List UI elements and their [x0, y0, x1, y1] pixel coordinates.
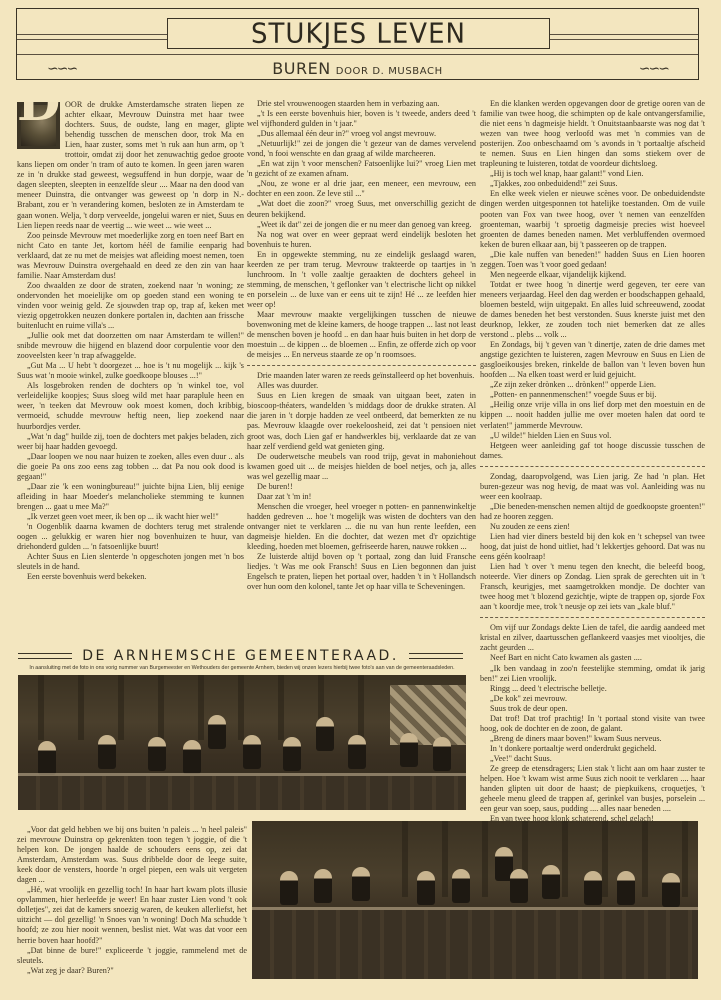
- story-paragraph: Men negeerde elkaar, vijandelijk kijkend…: [480, 270, 705, 280]
- column-2-paragraphs-a: Drie stel vrouwenoogen staarden hem in v…: [247, 99, 476, 360]
- masthead: STUKJES LEVEN ∽∽∽ BUREN DOOR D. MUSBACH …: [16, 8, 699, 80]
- council-photo-2: [252, 821, 698, 979]
- story-paragraph: Lien had 't over 't menu tegen den knech…: [480, 562, 705, 612]
- story-paragraph: Achter Suus en Lien slenterde 'n opgesch…: [17, 552, 244, 572]
- story-paragraph: „De kok" zei mevrouw.: [480, 694, 705, 704]
- story-paragraph: Zoo dwaalden ze door de straten, zoekend…: [17, 281, 244, 331]
- story-paragraph: En in opgewekte stemming, nu ze eindelij…: [247, 250, 476, 310]
- heading-rule: [18, 653, 72, 659]
- story-paragraph: „Breng de diners maar boven!" kwam Suus …: [480, 734, 705, 744]
- story-paragraph: Hetgeen weer aanleiding gaf tot hooge di…: [480, 441, 705, 461]
- story-paragraph: Drie maanden later waren ze reeds geïnst…: [247, 371, 476, 381]
- story-column-3: En die klanken werden opgevangen door de…: [480, 99, 705, 824]
- story-paragraph: Totdat er twee hoog 'n dinertje werd geg…: [480, 280, 705, 340]
- story-paragraph: „Hé, wat vroolijk en gezellig toch! In h…: [17, 885, 247, 945]
- story-paragraph: „Wat doet die zoon?" vroeg Suus, met onv…: [247, 199, 476, 219]
- column-4-paragraphs: „Voor dat geld hebben we bij ons buiten …: [17, 825, 247, 976]
- story-paragraph: „Nou, ze wone er al drie jaar, een menee…: [247, 179, 476, 199]
- story-paragraph: Suus trok de deur open.: [480, 704, 705, 714]
- story-paragraph: Na nog wat over en weer gepraat werd ein…: [247, 230, 476, 250]
- column-3-paragraphs-c: Om vijf uur Zondags dekte Lien de tafel,…: [480, 623, 705, 824]
- story-paragraph: „Die beneden-menschen nemen altijd de go…: [480, 502, 705, 522]
- story-paragraph: „Dat binne de bure!" expliceerde 't jogg…: [17, 946, 247, 966]
- story-paragraph: „Wat zeg je daar? Buren?": [17, 966, 247, 976]
- story-paragraph: „Potten- en pannenmenschen!" voegde Suus…: [480, 390, 705, 400]
- story-paragraph: „Daar zie 'k een woningbureau!" juichte …: [17, 482, 244, 512]
- story-paragraph: Zondag, daaropvolgend, was Lien jarig. Z…: [480, 472, 705, 502]
- story-column-4: „Voor dat geld hebben we bij ons buiten …: [17, 825, 247, 976]
- story-paragraph: „Ik verzet geen voet meer, ik ben op ...…: [17, 512, 244, 522]
- photo-section-heading: DE ARNHEMSCHE GEMEENTERAAD.: [18, 648, 463, 664]
- story-heading: BUREN DOOR D. MUSBACH: [17, 59, 698, 78]
- story-column-1: D OOR de drukke Amsterdamsche straten li…: [17, 100, 244, 582]
- story-paragraph: „En wat zijn 't voor menschen? Fatsoenli…: [247, 159, 476, 179]
- story-paragraph: „Dus allemaal één deur in?" vroeg vol an…: [247, 129, 476, 139]
- story-paragraph: Lien had vier diners besteld bij den kok…: [480, 532, 705, 562]
- story-paragraph: Ze luisterde altijd boven op 't portaal,…: [247, 552, 476, 592]
- story-paragraph: 'n Oogenblik daarna kwamen de dochters t…: [17, 522, 244, 552]
- story-paragraph: En elke week vielen er nieuwe scènes voo…: [480, 189, 705, 249]
- decorated-initial-icon: D: [17, 102, 60, 149]
- story-paragraph: Zoo peinsde Mevrouw met moederlijke zorg…: [17, 231, 244, 281]
- story-paragraph: Drie stel vrouwenoogen staarden hem in v…: [247, 99, 476, 109]
- story-paragraph: „Wat 'n dag" huilde zij, toen de dochter…: [17, 432, 244, 452]
- section-break-divider: [480, 466, 705, 467]
- story-paragraph: Om vijf uur Zondags dekte Lien de tafel,…: [480, 623, 705, 653]
- story-byline: DOOR D. MUSBACH: [336, 66, 443, 77]
- column-1-paragraphs: OOR de drukke Amsterdamsche straten liep…: [17, 100, 244, 582]
- photo-section-title: DE ARNHEMSCHE GEMEENTERAAD.: [82, 648, 399, 664]
- story-paragraph: „Daar loopen we nou naar huizen te zoeke…: [17, 452, 244, 482]
- story-paragraph: „Ze zijn zeker drònken ... drònken!" opp…: [480, 380, 705, 390]
- story-paragraph: „Die kale nuffen van beneden!" hadden Su…: [480, 250, 705, 270]
- column-2-paragraphs-b: Drie maanden later waren ze reeds geïnst…: [247, 371, 476, 592]
- story-paragraph: Een eerste bovenhuis werd bekeken.: [17, 572, 244, 582]
- story-paragraph: „U wilde!" hielden Lien en Suus vol.: [480, 431, 705, 441]
- column-3-paragraphs-b: Zondag, daaropvolgend, was Lien jarig. Z…: [480, 472, 705, 613]
- story-paragraph: „Vee!" dacht Suus.: [480, 754, 705, 764]
- story-paragraph: De buren!!: [247, 482, 476, 492]
- story-paragraph: Daar zat 't 'm in!: [247, 492, 476, 502]
- story-paragraph: En Zondags, bij 't geven van 't dinertje…: [480, 340, 705, 380]
- story-column-2: Drie stel vrouwenoogen staarden hem in v…: [247, 99, 476, 592]
- story-paragraph: Ringg ... deed 't electrische belletje.: [480, 684, 705, 694]
- story-paragraph: „'t Is een eerste bovenhuis hier, boven …: [247, 109, 476, 129]
- story-paragraph: Maar mevrouw maakte vergelijkingen tussc…: [247, 310, 476, 360]
- story-paragraph: Ze greep de etensdragers; Lien stak 't l…: [480, 764, 705, 814]
- section-break-divider: [247, 365, 476, 366]
- story-paragraph: En die klanken werden opgevangen door de…: [480, 99, 705, 169]
- story-paragraph: De ouderwetsche meubels van rood trijp, …: [247, 452, 476, 482]
- story-paragraph: „Voor dat geld hebben we bij ons buiten …: [17, 825, 247, 885]
- story-paragraph: Alles was duurder.: [247, 381, 476, 391]
- story-paragraph: Als losgebroken renden de dochters op 'n…: [17, 381, 244, 431]
- series-title-box: STUKJES LEVEN: [167, 18, 550, 49]
- story-paragraph: „Heilig onze vrije villa in ons lief dor…: [480, 400, 705, 430]
- story-paragraph: „Weet ik dat" zei de jongen die er nu me…: [247, 220, 476, 230]
- story-paragraph: „Gut Ma ... U hebt 't doorgezet ... hoe …: [17, 361, 244, 381]
- column-3-paragraphs-a: En die klanken werden opgevangen door de…: [480, 99, 705, 461]
- series-title: STUKJES LEVEN: [251, 18, 466, 50]
- masthead-rule: [17, 54, 698, 55]
- story-paragraph: „Ik ben vandaag in zoo'n feestelijke ste…: [480, 664, 705, 684]
- story-paragraph: Neef Bart en nicht Cato kwamen als gaste…: [480, 653, 705, 663]
- scroll-ornament-icon: ∽∽∽: [639, 61, 668, 77]
- story-paragraph: „Hij is toch wel knap, haar galant!" von…: [480, 169, 705, 179]
- story-paragraph: „Jullie ook met dat doorzetten om naar A…: [17, 331, 244, 361]
- story-paragraph: Nu zouden ze eens zien!: [480, 522, 705, 532]
- photo-caption: In aansluiting met de foto in ons vorig …: [18, 665, 466, 672]
- story-paragraph: „Tjakkes, zoo onbeduidend!" zei Suus.: [480, 179, 705, 189]
- dropcap-letter: D: [17, 102, 60, 108]
- section-break-divider: [480, 617, 705, 618]
- story-paragraph: Menschen die vroeger, heel vroeger n pot…: [247, 502, 476, 552]
- story-paragraph: In 't donkere portaaltje werd onderdrukt…: [480, 744, 705, 754]
- heading-rule: [409, 653, 463, 659]
- story-paragraph: Dat trof! Dat trof prachtig! In 't porta…: [480, 714, 705, 734]
- story-title: BUREN: [272, 59, 330, 78]
- council-photo-1: [18, 675, 466, 810]
- story-paragraph: „Netuurlijk!" zei de jongen die 't gezeu…: [247, 139, 476, 159]
- story-paragraph: Suus en Lien kregen de smaak van uitgaan…: [247, 391, 476, 451]
